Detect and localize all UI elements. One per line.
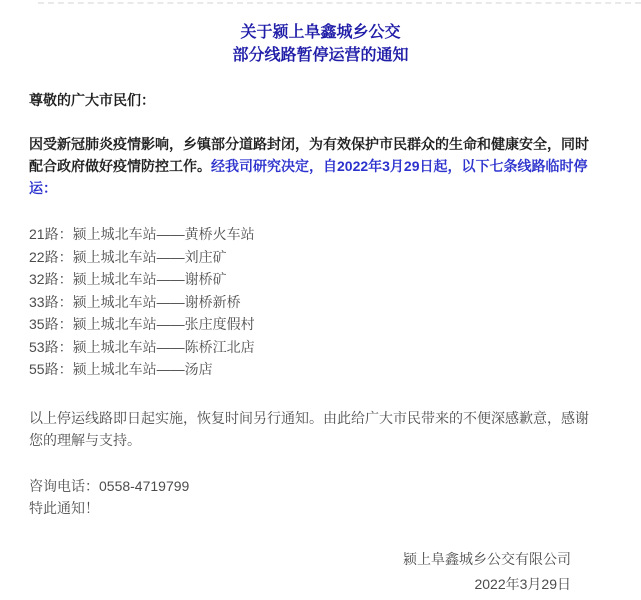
company-name: 颍上阜鑫城乡公交有限公司	[29, 547, 571, 572]
route-item-32: 32路：颍上城北车站——谢桥矿	[29, 268, 596, 291]
route-item-33: 33路：颍上城北车站——谢桥新桥	[29, 291, 596, 314]
intro-paragraph: 因受新冠肺炎疫情影响，乡镇部分道路封闭，为有效保护市民群众的生命和健康安全，同时…	[29, 133, 596, 199]
notice-title: 关于颍上阜鑫城乡公交 部分线路暂停运营的通知	[0, 21, 641, 67]
top-dashed-border	[38, 2, 641, 4]
signature-block: 颍上阜鑫城乡公交有限公司 2022年3月29日	[29, 547, 596, 597]
route-item-55: 55路：颍上城北车站——汤店	[29, 358, 596, 381]
route-item-21: 21路：颍上城北车站——黄桥火车站	[29, 223, 596, 246]
route-item-53: 53路：颍上城北车站——陈桥江北店	[29, 336, 596, 359]
route-list: 21路：颍上城北车站——黄桥火车站 22路：颍上城北车站——刘庄矿 32路：颍上…	[29, 223, 596, 381]
greeting-line: 尊敬的广大市民们：	[29, 89, 596, 111]
route-item-35: 35路：颍上城北车站——张庄度假村	[29, 313, 596, 336]
closing-line: 特此通知！	[29, 497, 596, 519]
notice-title-line2: 部分线路暂停运营的通知	[0, 44, 641, 67]
notice-date: 2022年3月29日	[29, 572, 571, 597]
notice-content: 关于颍上阜鑫城乡公交 部分线路暂停运营的通知 尊敬的广大市民们： 因受新冠肺炎疫…	[0, 21, 641, 597]
outro-paragraph: 以上停运线路即日起实施，恢复时间另行通知。由此给广大市民带来的不便深感歉意，感谢…	[29, 407, 596, 451]
notice-page: 关于颍上阜鑫城乡公交 部分线路暂停运营的通知 尊敬的广大市民们： 因受新冠肺炎疫…	[0, 0, 641, 600]
route-item-22: 22路：颍上城北车站——刘庄矿	[29, 246, 596, 269]
notice-title-line1: 关于颍上阜鑫城乡公交	[0, 21, 641, 44]
phone-line: 咨询电话：0558-4719799	[29, 475, 596, 497]
